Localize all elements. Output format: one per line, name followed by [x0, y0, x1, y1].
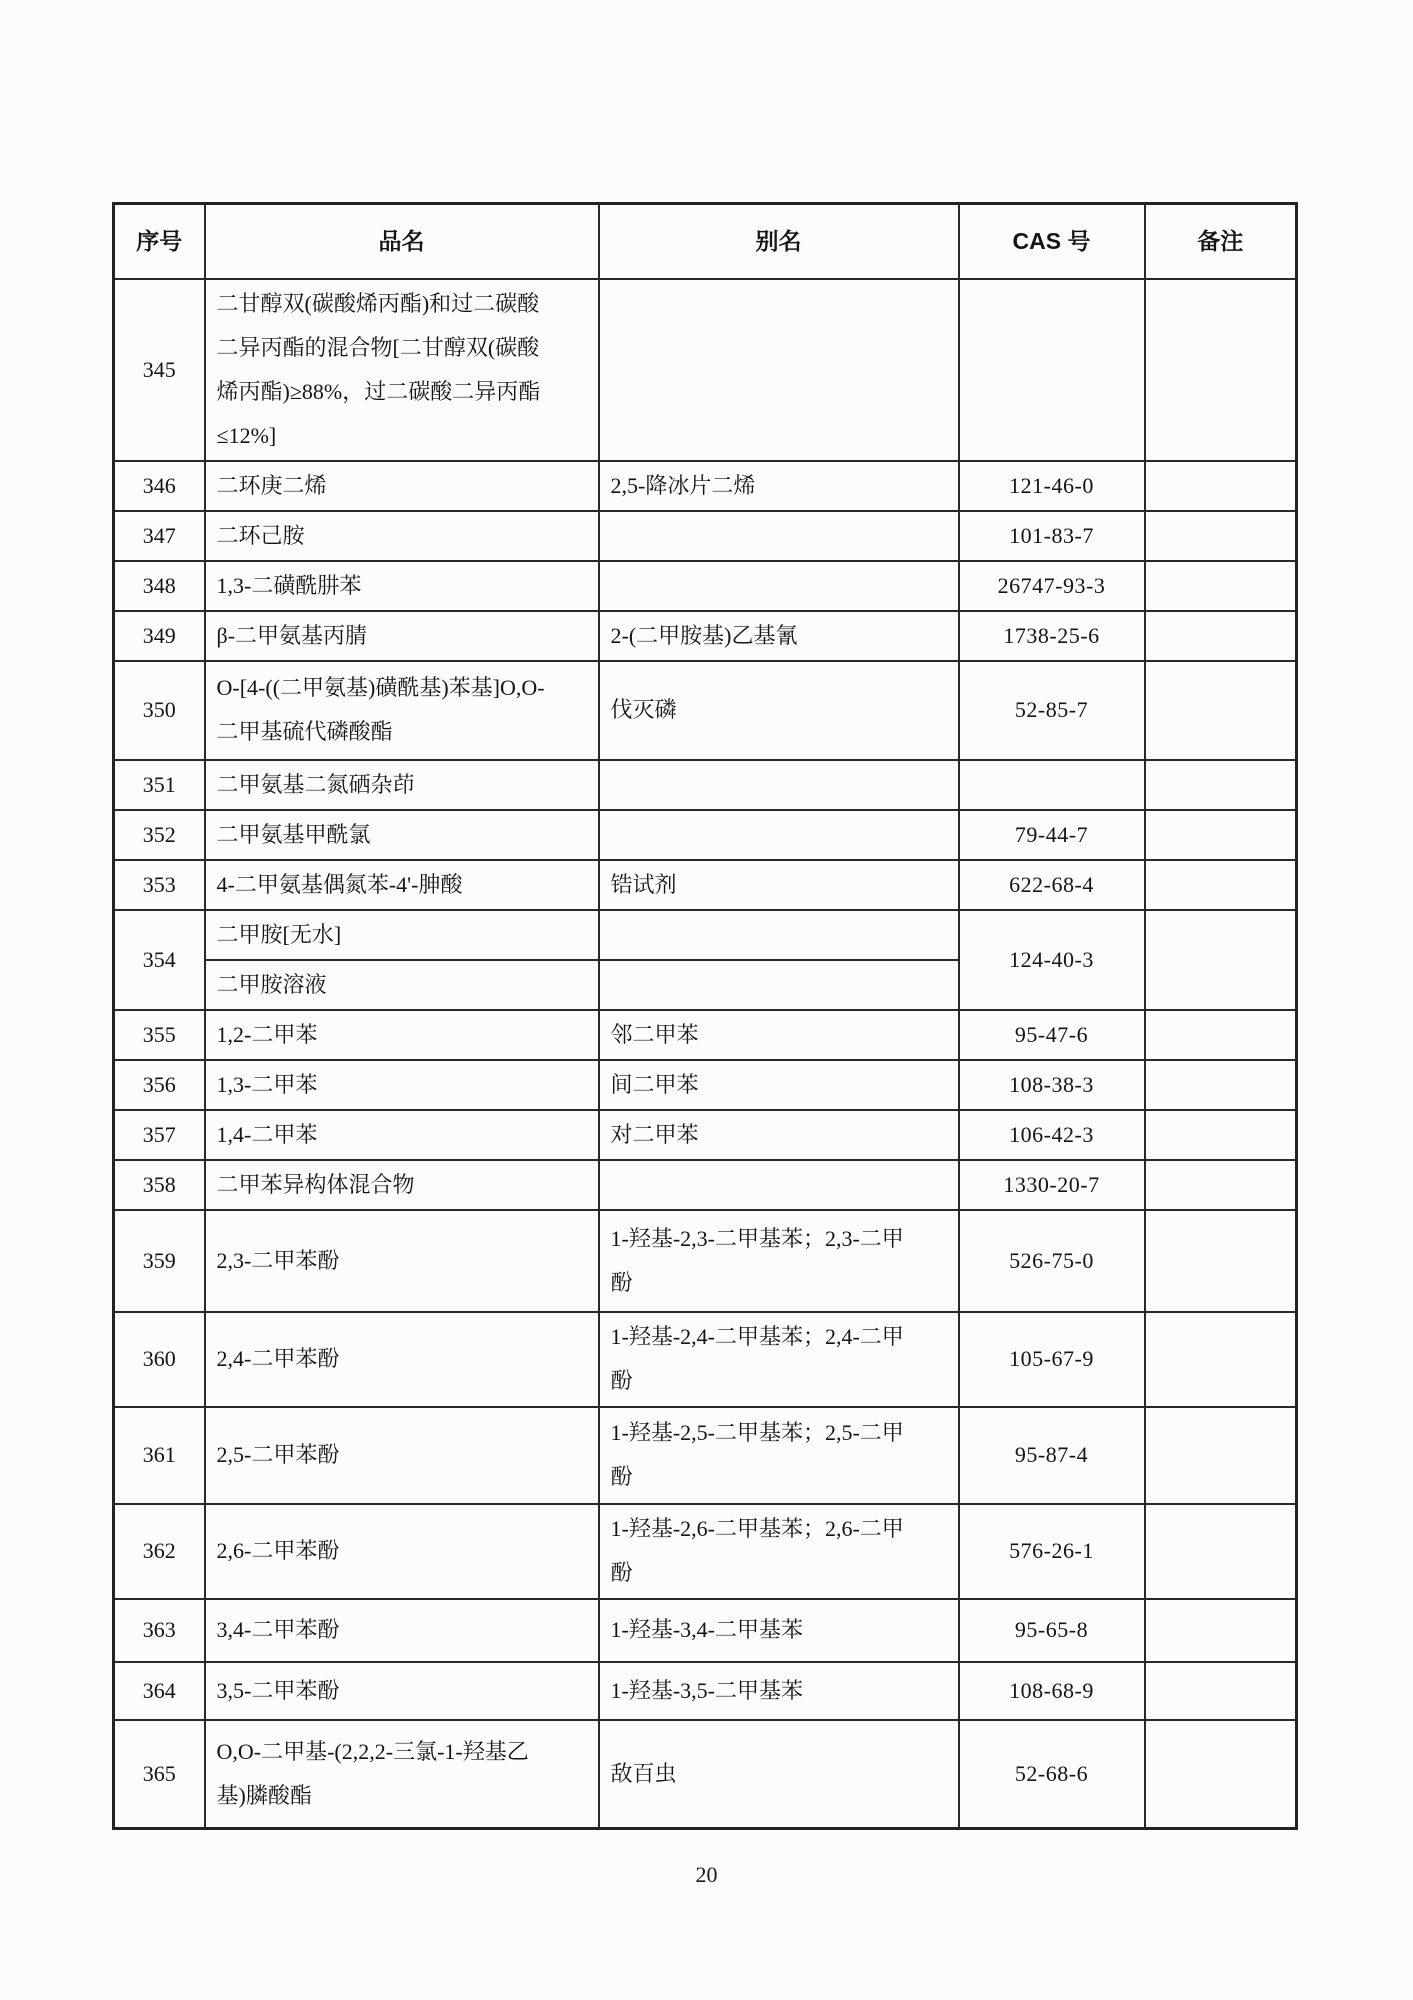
page-number: 20: [0, 1862, 1413, 1888]
note-cell: [1145, 1010, 1297, 1060]
table-row: 347 二环己胺 101-83-7: [114, 511, 1297, 561]
table-row: 361 2,5-二甲苯酚 1-羟基-2,5-二甲基苯；2,5-二甲 酚 95-8…: [114, 1407, 1297, 1504]
cas-cell: [959, 279, 1145, 461]
alias-cell: 2-(二甲胺基)乙基氰: [599, 611, 959, 661]
alias-cell: [599, 1160, 959, 1210]
note-cell: [1145, 1210, 1297, 1312]
alias-cell: 敌百虫: [599, 1720, 959, 1829]
serial-cell: 362: [114, 1504, 205, 1599]
serial-cell: 351: [114, 760, 205, 810]
cas-cell: 121-46-0: [959, 461, 1145, 511]
note-cell: [1145, 1599, 1297, 1662]
name-cell: 1,2-二甲苯: [205, 1010, 599, 1060]
alias-cell: 1-羟基-2,3-二甲基苯；2,3-二甲 酚: [599, 1210, 959, 1312]
note-cell: [1145, 1160, 1297, 1210]
alias-cell: 1-羟基-2,4-二甲基苯；2,4-二甲 酚: [599, 1312, 959, 1407]
serial-cell: 353: [114, 860, 205, 910]
table-row: 356 1,3-二甲苯 间二甲苯 108-38-3: [114, 1060, 1297, 1110]
serial-cell: 349: [114, 611, 205, 661]
cas-cell: 95-65-8: [959, 1599, 1145, 1662]
note-cell: [1145, 611, 1297, 661]
name-cell: 1,3-二甲苯: [205, 1060, 599, 1110]
alias-cell: 2,5-降冰片二烯: [599, 461, 959, 511]
note-cell: [1145, 1312, 1297, 1407]
name-cell: 二甲胺[无水]: [205, 910, 599, 960]
header-alias: 别名: [599, 204, 959, 279]
table-row: 351 二甲氨基二氮硒杂茚: [114, 760, 1297, 810]
serial-cell: 352: [114, 810, 205, 860]
note-cell: [1145, 1110, 1297, 1160]
name-cell: 二环己胺: [205, 511, 599, 561]
table-row: 363 3,4-二甲苯酚 1-羟基-3,4-二甲基苯 95-65-8: [114, 1599, 1297, 1662]
note-cell: [1145, 1407, 1297, 1504]
table-row: 352 二甲氨基甲酰氯 79-44-7: [114, 810, 1297, 860]
document-page: 序号 品名 别名 CAS 号 备注 345 二甘醇双(碳酸烯丙酯)和过二碳酸 二…: [0, 0, 1413, 2000]
serial-cell: 365: [114, 1720, 205, 1829]
alias-cell: 间二甲苯: [599, 1060, 959, 1110]
cas-cell: [959, 760, 1145, 810]
cas-cell: 105-67-9: [959, 1312, 1145, 1407]
alias-cell: 1-羟基-3,4-二甲基苯: [599, 1599, 959, 1662]
alias-cell: 锆试剂: [599, 860, 959, 910]
note-cell: [1145, 1504, 1297, 1599]
cas-cell: 52-85-7: [959, 661, 1145, 760]
name-cell: 1,4-二甲苯: [205, 1110, 599, 1160]
table-row: 348 1,3-二磺酰肼苯 26747-93-3: [114, 561, 1297, 611]
serial-cell: 358: [114, 1160, 205, 1210]
note-cell: [1145, 810, 1297, 860]
name-cell: 2,5-二甲苯酚: [205, 1407, 599, 1504]
note-cell: [1145, 1662, 1297, 1720]
cas-cell: 95-47-6: [959, 1010, 1145, 1060]
table-row: 349 β-二甲氨基丙腈 2-(二甲胺基)乙基氰 1738-25-6: [114, 611, 1297, 661]
note-cell: [1145, 910, 1297, 1010]
table-row: 355 1,2-二甲苯 邻二甲苯 95-47-6: [114, 1010, 1297, 1060]
table-row: 364 3,5-二甲苯酚 1-羟基-3,5-二甲基苯 108-68-9: [114, 1662, 1297, 1720]
serial-cell: 359: [114, 1210, 205, 1312]
alias-cell: [599, 960, 959, 1010]
note-cell: [1145, 461, 1297, 511]
cas-cell: 108-68-9: [959, 1662, 1145, 1720]
table-row: 357 1,4-二甲苯 对二甲苯 106-42-3: [114, 1110, 1297, 1160]
name-cell: 二甲胺溶液: [205, 960, 599, 1010]
name-cell: 二甲苯异构体混合物: [205, 1160, 599, 1210]
name-cell: 二甲氨基甲酰氯: [205, 810, 599, 860]
alias-cell: 伐灭磷: [599, 661, 959, 760]
alias-cell: 1-羟基-2,5-二甲基苯；2,5-二甲 酚: [599, 1407, 959, 1504]
table-row: 360 2,4-二甲苯酚 1-羟基-2,4-二甲基苯；2,4-二甲 酚 105-…: [114, 1312, 1297, 1407]
name-cell: 1,3-二磺酰肼苯: [205, 561, 599, 611]
table-header-row: 序号 品名 别名 CAS 号 备注: [114, 204, 1297, 279]
name-cell: O,O-二甲基-(2,2,2-三氯-1-羟基乙 基)膦酸酯: [205, 1720, 599, 1829]
note-cell: [1145, 561, 1297, 611]
serial-cell: 363: [114, 1599, 205, 1662]
table-row: 359 2,3-二甲苯酚 1-羟基-2,3-二甲基苯；2,3-二甲 酚 526-…: [114, 1210, 1297, 1312]
alias-cell: [599, 760, 959, 810]
cas-cell: 108-38-3: [959, 1060, 1145, 1110]
alias-cell: [599, 511, 959, 561]
note-cell: [1145, 1060, 1297, 1110]
cas-cell: 79-44-7: [959, 810, 1145, 860]
note-cell: [1145, 760, 1297, 810]
cas-cell: 526-75-0: [959, 1210, 1145, 1312]
alias-cell: 邻二甲苯: [599, 1010, 959, 1060]
serial-cell: 348: [114, 561, 205, 611]
serial-cell: 354: [114, 910, 205, 1010]
cas-cell: 101-83-7: [959, 511, 1145, 561]
note-cell: [1145, 511, 1297, 561]
cas-cell: 124-40-3: [959, 910, 1145, 1010]
alias-cell: [599, 810, 959, 860]
table-row: 353 4-二甲氨基偶氮苯-4'-胂酸 锆试剂 622-68-4: [114, 860, 1297, 910]
serial-cell: 345: [114, 279, 205, 461]
table-row: 358 二甲苯异构体混合物 1330-20-7: [114, 1160, 1297, 1210]
name-cell: 3,5-二甲苯酚: [205, 1662, 599, 1720]
note-cell: [1145, 279, 1297, 461]
header-serial: 序号: [114, 204, 205, 279]
cas-cell: 576-26-1: [959, 1504, 1145, 1599]
table-row: 346 二环庚二烯 2,5-降冰片二烯 121-46-0: [114, 461, 1297, 511]
cas-cell: 106-42-3: [959, 1110, 1145, 1160]
name-cell: 二甲氨基二氮硒杂茚: [205, 760, 599, 810]
table-row: 345 二甘醇双(碳酸烯丙酯)和过二碳酸 二异丙酯的混合物[二甘醇双(碳酸 烯丙…: [114, 279, 1297, 461]
header-cas-number: CAS 号: [959, 204, 1145, 279]
serial-cell: 356: [114, 1060, 205, 1110]
alias-cell: [599, 279, 959, 461]
name-cell: 二甘醇双(碳酸烯丙酯)和过二碳酸 二异丙酯的混合物[二甘醇双(碳酸 烯丙酯)≥8…: [205, 279, 599, 461]
name-cell: O-[4-((二甲氨基)磺酰基)苯基]O,O- 二甲基硫代磷酸酯: [205, 661, 599, 760]
note-cell: [1145, 1720, 1297, 1829]
table-row-354-sub1: 354 二甲胺[无水] 124-40-3: [114, 910, 1297, 960]
alias-cell: 1-羟基-3,5-二甲基苯: [599, 1662, 959, 1720]
cas-cell: 1738-25-6: [959, 611, 1145, 661]
serial-cell: 357: [114, 1110, 205, 1160]
chemicals-table: 序号 品名 别名 CAS 号 备注 345 二甘醇双(碳酸烯丙酯)和过二碳酸 二…: [112, 202, 1298, 1830]
note-cell: [1145, 860, 1297, 910]
serial-cell: 347: [114, 511, 205, 561]
table-row: 362 2,6-二甲苯酚 1-羟基-2,6-二甲基苯；2,6-二甲 酚 576-…: [114, 1504, 1297, 1599]
name-cell: 4-二甲氨基偶氮苯-4'-胂酸: [205, 860, 599, 910]
serial-cell: 364: [114, 1662, 205, 1720]
name-cell: β-二甲氨基丙腈: [205, 611, 599, 661]
cas-cell: 95-87-4: [959, 1407, 1145, 1504]
header-remarks: 备注: [1145, 204, 1297, 279]
cas-cell: 622-68-4: [959, 860, 1145, 910]
cas-cell: 1330-20-7: [959, 1160, 1145, 1210]
alias-cell: [599, 561, 959, 611]
name-cell: 2,4-二甲苯酚: [205, 1312, 599, 1407]
alias-cell: [599, 910, 959, 960]
header-product-name: 品名: [205, 204, 599, 279]
table-row: 365 O,O-二甲基-(2,2,2-三氯-1-羟基乙 基)膦酸酯 敌百虫 52…: [114, 1720, 1297, 1829]
serial-cell: 350: [114, 661, 205, 760]
name-cell: 2,3-二甲苯酚: [205, 1210, 599, 1312]
note-cell: [1145, 661, 1297, 760]
name-cell: 3,4-二甲苯酚: [205, 1599, 599, 1662]
serial-cell: 361: [114, 1407, 205, 1504]
name-cell: 二环庚二烯: [205, 461, 599, 511]
cas-cell: 26747-93-3: [959, 561, 1145, 611]
alias-cell: 对二甲苯: [599, 1110, 959, 1160]
table-row: 350 O-[4-((二甲氨基)磺酰基)苯基]O,O- 二甲基硫代磷酸酯 伐灭磷…: [114, 661, 1297, 760]
alias-cell: 1-羟基-2,6-二甲基苯；2,6-二甲 酚: [599, 1504, 959, 1599]
name-cell: 2,6-二甲苯酚: [205, 1504, 599, 1599]
serial-cell: 346: [114, 461, 205, 511]
serial-cell: 355: [114, 1010, 205, 1060]
serial-cell: 360: [114, 1312, 205, 1407]
cas-cell: 52-68-6: [959, 1720, 1145, 1829]
